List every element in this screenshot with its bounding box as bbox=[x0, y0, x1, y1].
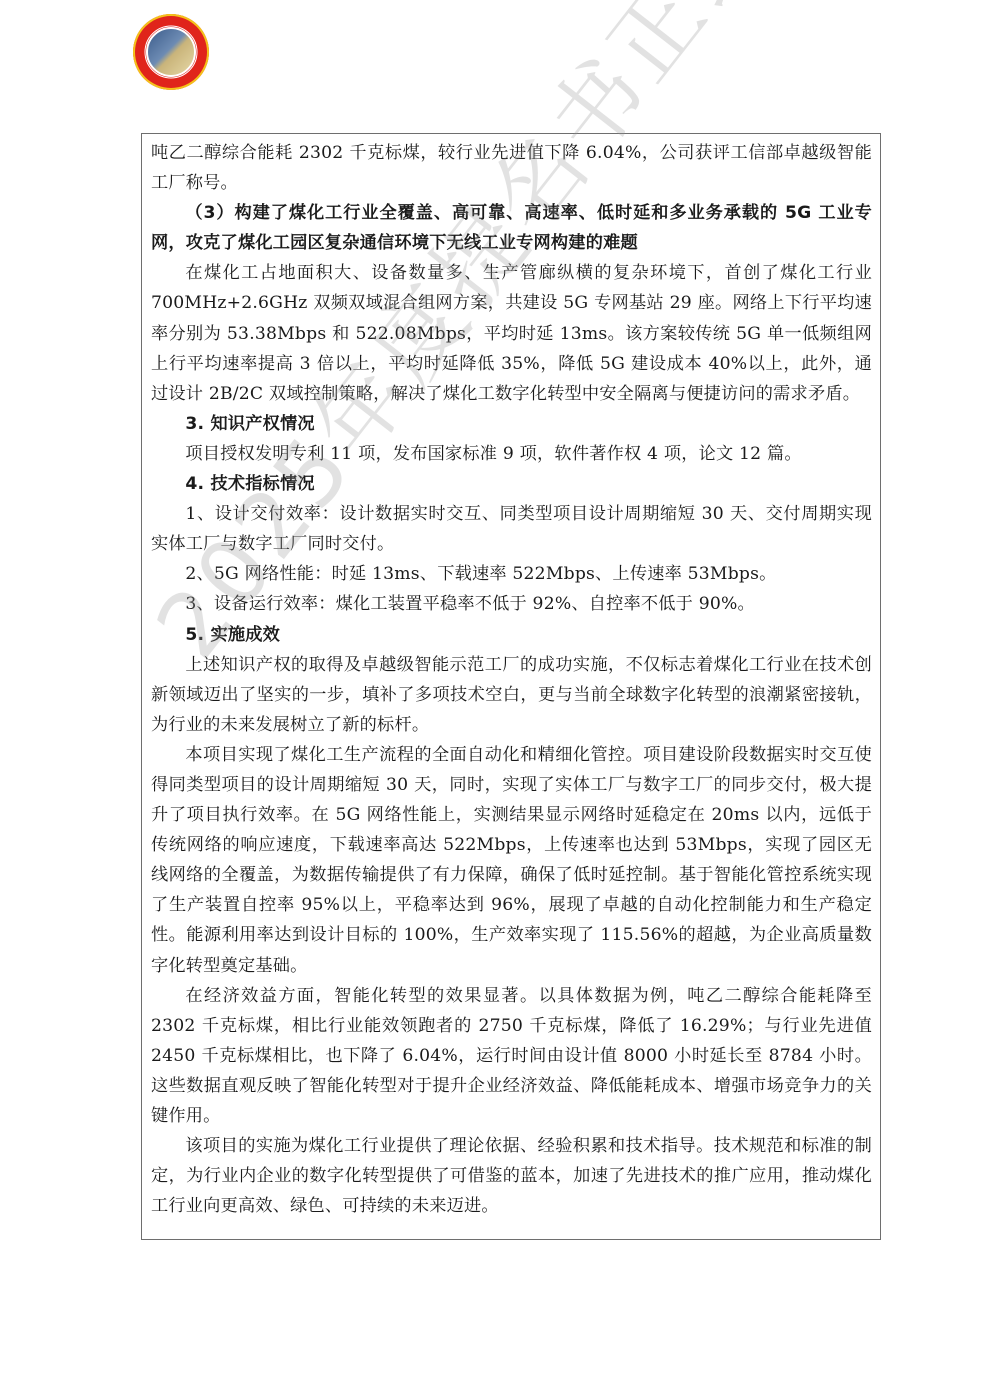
seal-logo bbox=[133, 14, 209, 90]
paragraph: 在煤化工占地面积大、设备数量多、生产管廊纵横的复杂环境下，首创了煤化工行业 70… bbox=[151, 258, 872, 408]
paragraph: 2、5G 网络性能：时延 13ms、下载速率 522Mbps、上传速率 53Mb… bbox=[151, 559, 872, 589]
subsection-heading: （3）构建了煤化工行业全覆盖、高可靠、高速率、低时延和多业务承载的 5G 工业专… bbox=[151, 198, 872, 258]
paragraph: 3、设备运行效率：煤化工装置平稳率不低于 92%、自控率不低于 90%。 bbox=[151, 589, 872, 619]
paragraph: 该项目的实施为煤化工行业提供了理论依据、经验积累和技术指导。技术规范和标准的制定… bbox=[151, 1131, 872, 1221]
section-heading-tech-indicators: 4. 技术指标情况 bbox=[151, 469, 872, 499]
paragraph: 上述知识产权的取得及卓越级智能示范工厂的成功实施，不仅标志着煤化工行业在技术创新… bbox=[151, 650, 872, 740]
paragraph: 吨乙二醇综合能耗 2302 千克标煤，较行业先进值下降 6.04%，公司获评工信… bbox=[151, 138, 872, 198]
content-frame: 吨乙二醇综合能耗 2302 千克标煤，较行业先进值下降 6.04%，公司获评工信… bbox=[141, 133, 881, 1240]
section-heading-results: 5. 实施成效 bbox=[151, 620, 872, 650]
paragraph: 项目授权发明专利 11 项，发布国家标准 9 项，软件著作权 4 项，论文 12… bbox=[151, 439, 872, 469]
paragraph: 在经济效益方面，智能化转型的效果显著。以具体数据为例，吨乙二醇综合能耗降至 23… bbox=[151, 981, 872, 1131]
seal-emblem-icon bbox=[146, 27, 196, 77]
paragraph: 1、设计交付效率：设计数据实时交互、同类型项目设计周期缩短 30 天、交付周期实… bbox=[151, 499, 872, 559]
paragraph: 本项目实现了煤化工生产流程的全面自动化和精细化管控。项目建设阶段数据实时交互使得… bbox=[151, 740, 872, 981]
section-heading-ip: 3. 知识产权情况 bbox=[151, 409, 872, 439]
